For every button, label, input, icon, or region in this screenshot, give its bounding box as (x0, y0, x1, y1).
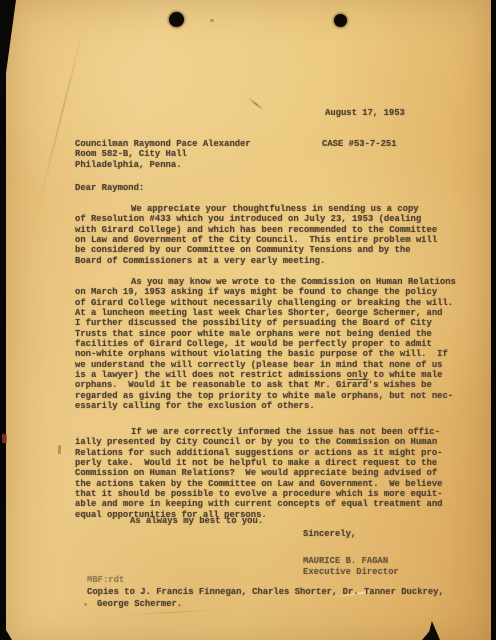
punch-hole-left (169, 12, 184, 27)
red-edge-mark (58, 445, 61, 454)
valediction: Sincerely, (303, 529, 356, 539)
paper-scratch (248, 97, 265, 111)
letter-paper: August 17, 1953 Councilman Raymond Pace … (6, 0, 491, 640)
punch-hole-right (334, 14, 347, 27)
reference-initials: MBF:rdt (87, 575, 124, 585)
copies-line-1: Copies to J. Francis Finnegan, Charles S… (87, 587, 444, 597)
paragraph-1: We appreciate your thoughtfulness in sen… (75, 204, 461, 266)
paper-speck (210, 19, 214, 22)
salutation: Dear Raymond: (75, 183, 144, 193)
paragraph-3: If we are correctly informed the issue h… (75, 427, 461, 520)
paper-speck (84, 603, 87, 606)
paper-crease (126, 610, 216, 616)
underline-only-word (347, 379, 369, 380)
recipient-address: Councilman Raymond Pace Alexander Room 5… (75, 139, 461, 170)
paragraph-2: As you may know we wrote to the Commissi… (75, 277, 461, 411)
letter-date: August 17, 1953 (325, 108, 405, 118)
signature-title: Executive Director (303, 567, 399, 577)
red-edge-mark (2, 434, 7, 443)
scanned-letter-page: { "document": { "date": "August 17, 1953… (0, 0, 496, 640)
case-number: CASE #53-7-251 (322, 139, 397, 149)
copies-line-2: George Schermer. (97, 599, 182, 609)
scan-edge-mark (422, 621, 440, 640)
signature-name: MAURICE B. FAGAN (303, 556, 388, 566)
closing-line: As always my best to you. (130, 516, 263, 526)
